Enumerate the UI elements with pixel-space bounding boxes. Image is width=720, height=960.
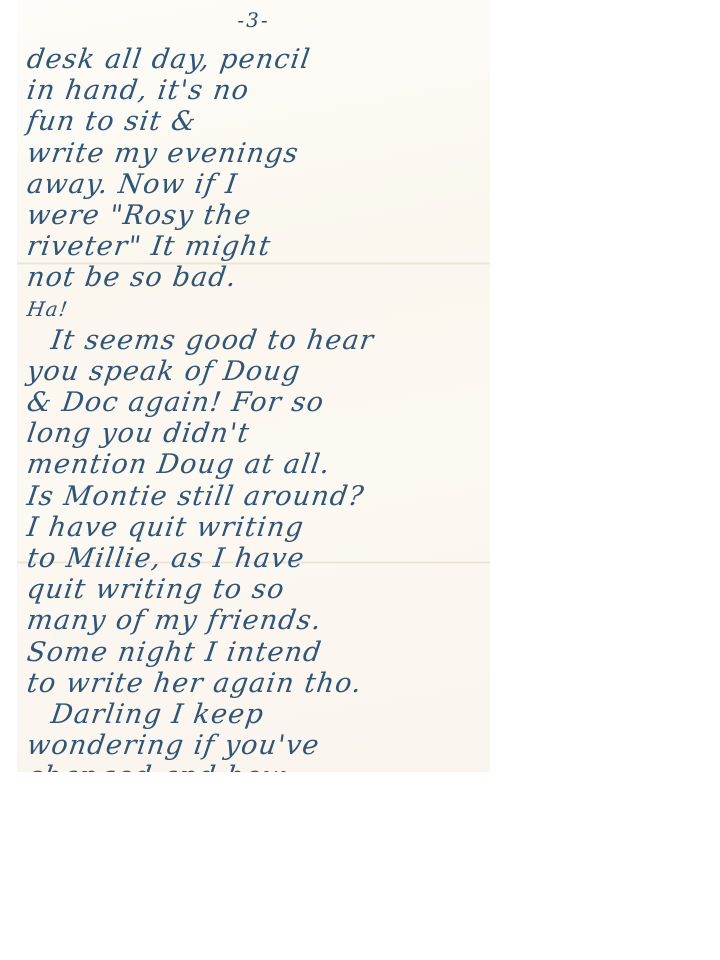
text-line: riveter" It might (17, 231, 490, 262)
text-line: many of my friends. (17, 605, 490, 636)
text-line: not be so bad. (17, 262, 490, 293)
letter-page: -3- desk all day, pencil in hand, it's n… (17, 0, 490, 772)
text-line: were "Rosy the (17, 200, 490, 231)
text-line: long you didn't (17, 418, 490, 449)
text-line: to write her again tho. (17, 668, 490, 699)
text-line: I have quit writing (17, 512, 490, 543)
text-line: mention Doug at all. (17, 449, 490, 480)
text-line: quit writing to so (17, 574, 490, 605)
text-line: write my evenings (17, 138, 490, 169)
text-line: changed and how (17, 761, 490, 772)
page-number: -3- (17, 8, 490, 32)
text-line: Ha! (17, 294, 490, 325)
text-line: wondering if you've (17, 730, 490, 761)
handwritten-text-body: desk all day, pencil in hand, it's no fu… (17, 44, 490, 772)
text-line: Some night I intend (17, 637, 490, 668)
text-line: Is Montie still around? (17, 481, 490, 512)
text-line: away. Now if I (17, 169, 490, 200)
text-line: in hand, it's no (17, 75, 490, 106)
text-line: to Millie, as I have (17, 543, 490, 574)
text-line: It seems good to hear (17, 325, 490, 356)
text-line: you speak of Doug (17, 356, 490, 387)
text-line: fun to sit & (17, 106, 490, 137)
text-line: & Doc again! For so (17, 387, 490, 418)
text-line: Darling I keep (17, 699, 490, 730)
text-line: desk all day, pencil (17, 44, 490, 75)
